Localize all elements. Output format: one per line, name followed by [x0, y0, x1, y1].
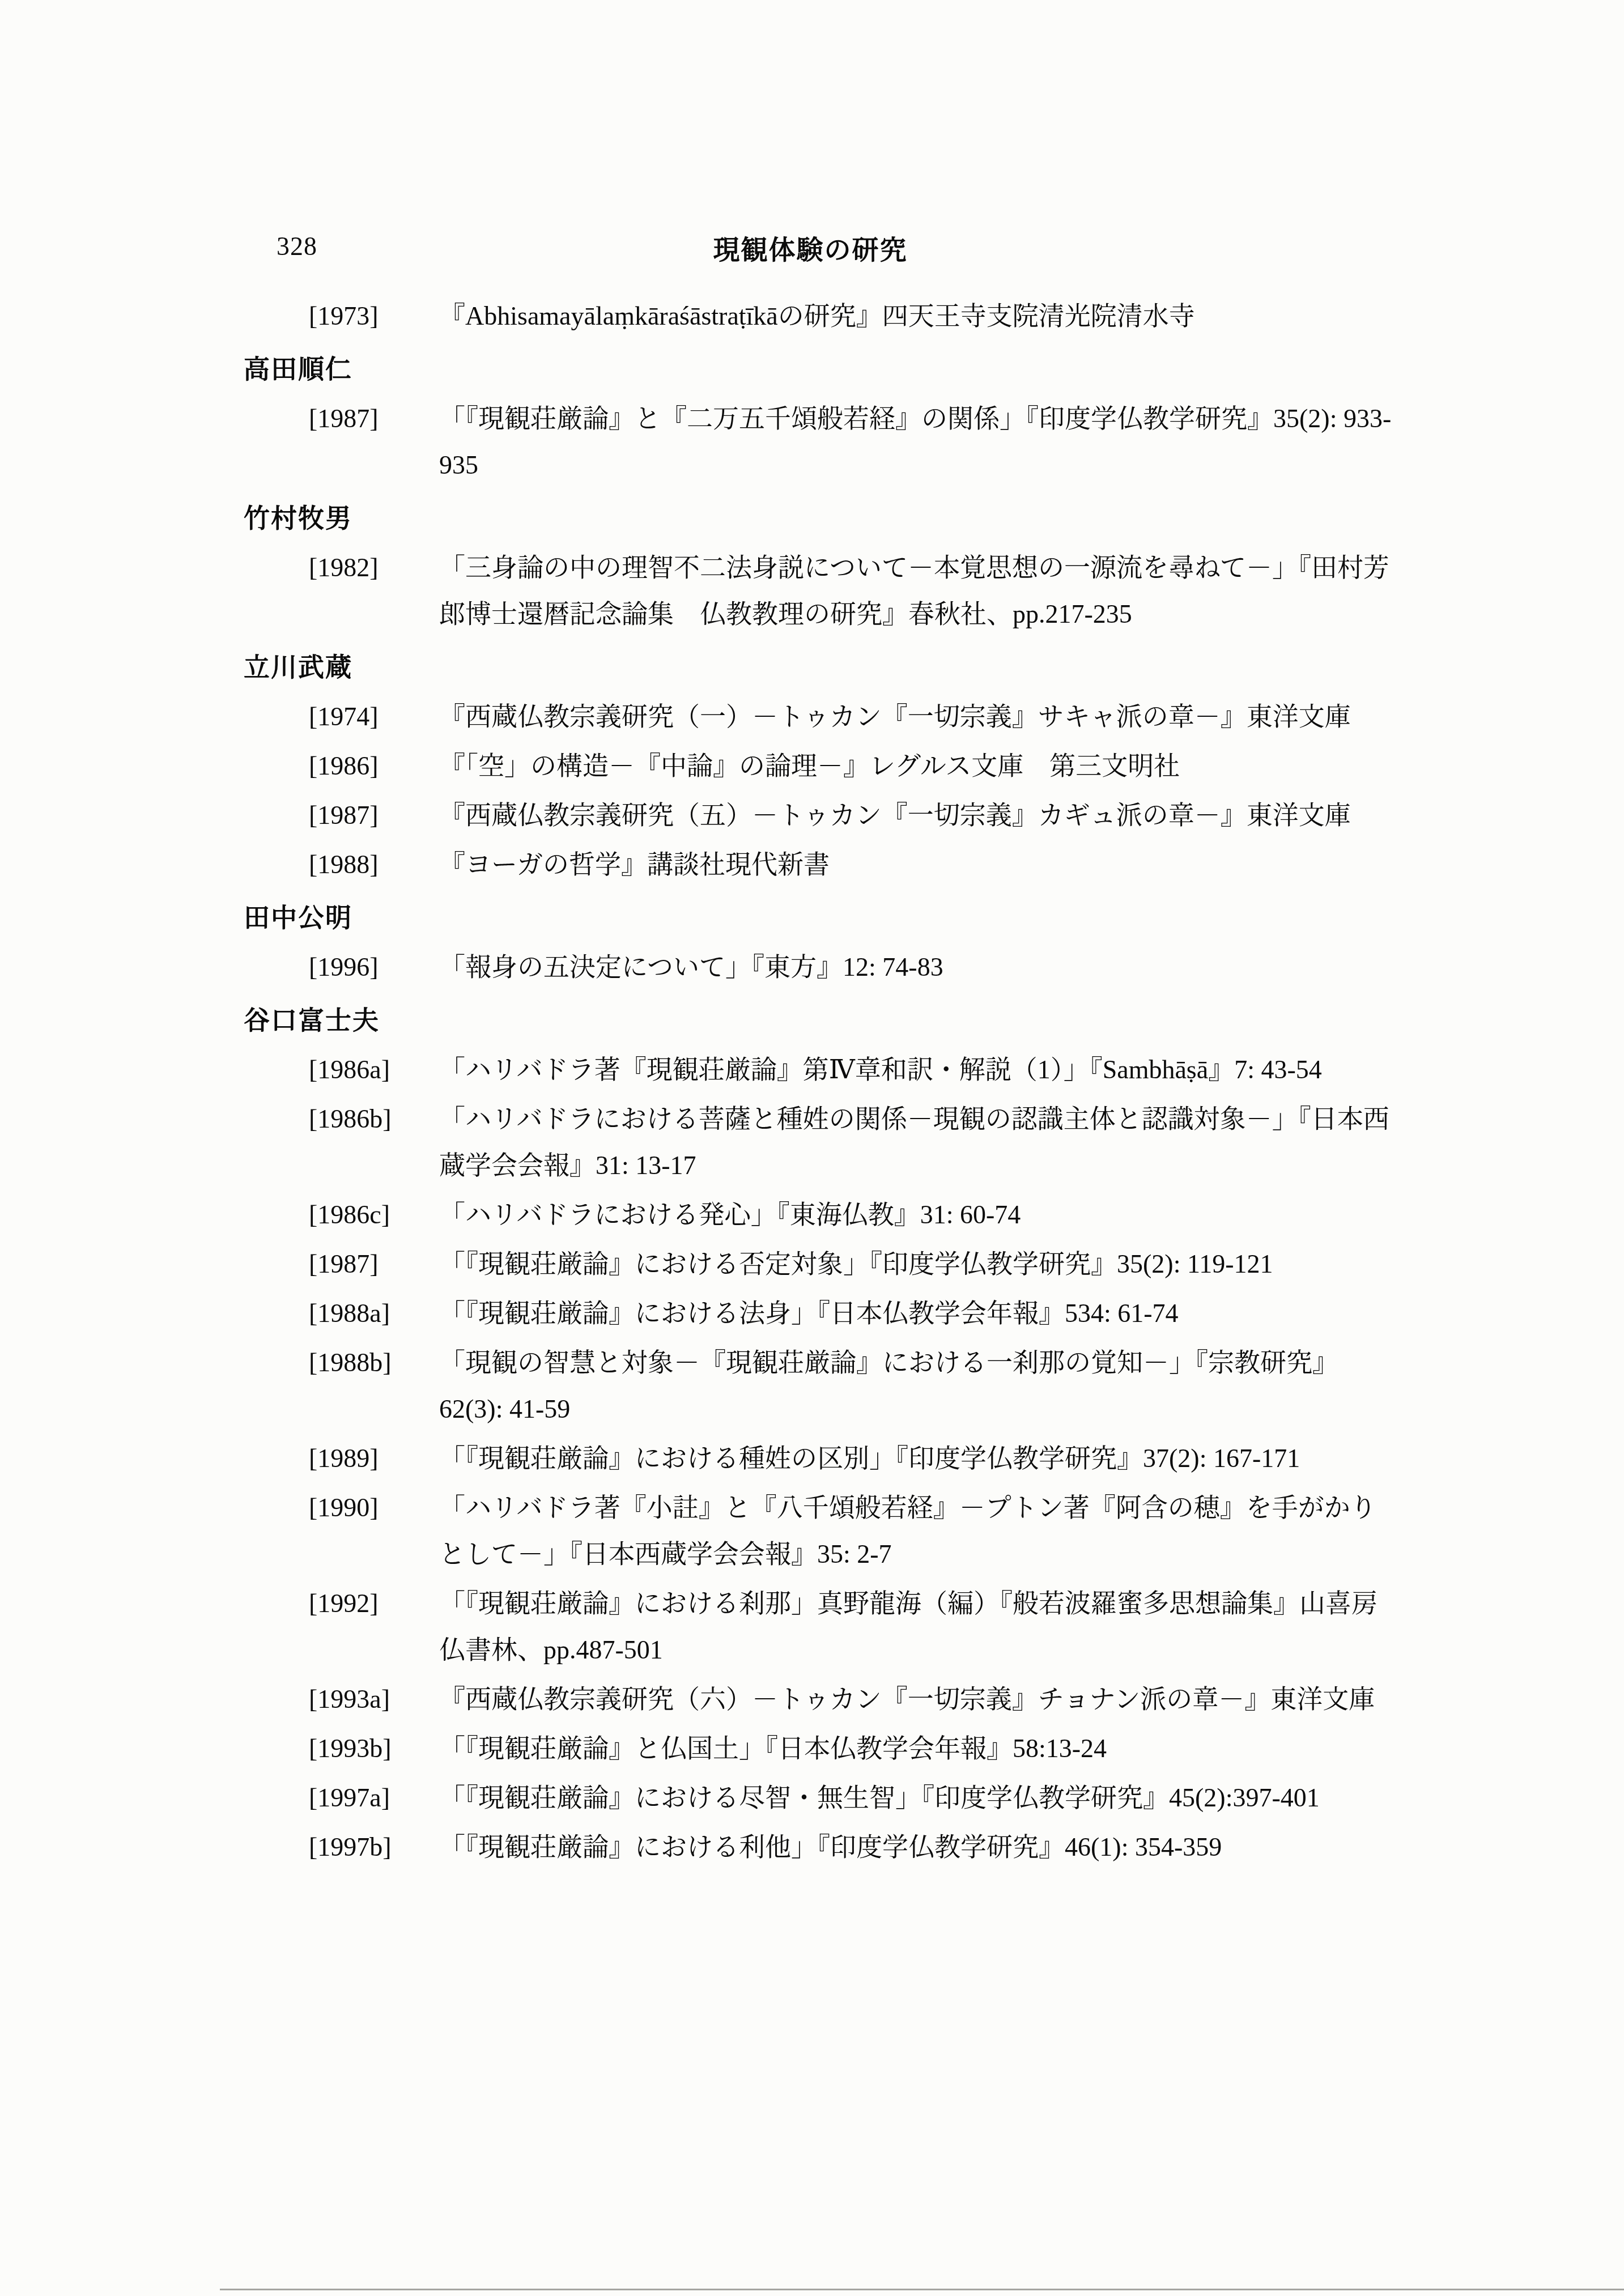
page-number: 328 — [277, 231, 317, 261]
bib-entry: [1987] 「『現観荘厳論』と『二万五千頌般若経』の関係」『印度学仏教学研究』… — [0, 396, 1624, 488]
scanned-document-page: { "page": { "number": "328", "header_tit… — [0, 0, 1624, 2296]
entry-year-label: [1989] — [309, 1435, 439, 1482]
bib-entry: [1986] 『「空」の構造－『中論』の論理－』レグルス文庫 第三文明社 — [0, 743, 1624, 789]
entry-year-label: [1993a] — [309, 1676, 439, 1723]
entry-year-label: [1982] — [309, 545, 439, 591]
bib-entry: [1974] 『西蔵仏教宗義研究（一）－トゥカン『一切宗義』サキャ派の章－』東洋… — [0, 694, 1624, 740]
entry-year-label: [1987] — [309, 792, 439, 839]
entry-text: 「ハリバドラにおける菩薩と種姓の関係－現観の認識主体と認識対象－」『日本西蔵学会… — [439, 1096, 1394, 1189]
author-heading: 谷口富士夫 — [0, 997, 1624, 1044]
running-header-title: 現観体験の研究 — [640, 229, 980, 267]
entry-text: 「『現観荘厳論』における刹那」真野龍海（編）『般若波羅蜜多思想論集』山喜房仏書林… — [439, 1580, 1394, 1673]
entry-text: 「『現観荘厳論』における法身」『日本仏教学会年報』534: 61-74 — [439, 1290, 1394, 1337]
bib-entry: [1993a] 『西蔵仏教宗義研究（六）－トゥカン『一切宗義』チョナン派の章－』… — [0, 1676, 1624, 1723]
entry-year-label: [1992] — [309, 1580, 439, 1627]
entry-year-label: [1986c] — [309, 1192, 439, 1238]
entry-text: 『西蔵仏教宗義研究（六）－トゥカン『一切宗義』チョナン派の章－』東洋文庫 — [439, 1676, 1394, 1723]
bib-entry: [1987] 『西蔵仏教宗義研究（五）－トゥカン『一切宗義』カギュ派の章－』東洋… — [0, 792, 1624, 839]
author-heading: 立川武蔵 — [0, 644, 1624, 691]
bib-entry: [1993b] 「『現観荘厳論』と仏国土」『日本仏教学会年報』58:13-24 — [0, 1725, 1624, 1772]
bibliography-list: [1973] 『Abhisamayālaṃkāraśāstraṭīkāの研究』四… — [0, 290, 1624, 1870]
entry-text: 『ヨーガの哲学』講談社現代新書 — [439, 841, 1394, 888]
author-heading: 高田順仁 — [0, 346, 1624, 393]
bib-entry: [1986b] 「ハリバドラにおける菩薩と種姓の関係－現観の認識主体と認識対象－… — [0, 1096, 1624, 1189]
author-heading: 竹村牧男 — [0, 495, 1624, 542]
entry-year-label: [1996] — [309, 944, 439, 990]
entry-year-label: [1973] — [309, 293, 439, 339]
scan-edge-line — [220, 2289, 1624, 2290]
entry-text: 「『現観荘厳論』における尽智・無生智」『印度学仏教学研究』45(2):397-4… — [439, 1775, 1394, 1821]
entry-year-label: [1986b] — [309, 1096, 439, 1142]
entry-text: 『西蔵仏教宗義研究（五）－トゥカン『一切宗義』カギュ派の章－』東洋文庫 — [439, 792, 1394, 839]
entry-text: 「ハリバドラ著『現観荘厳論』第Ⅳ章和訳・解説（1）」『Sambhāṣā』7: 4… — [439, 1047, 1394, 1093]
author-heading: 田中公明 — [0, 895, 1624, 941]
entry-text: 『西蔵仏教宗義研究（一）－トゥカン『一切宗義』サキャ派の章－』東洋文庫 — [439, 694, 1394, 740]
entry-year-label: [1997b] — [309, 1824, 439, 1870]
bib-entry: [1986c] 「ハリバドラにおける発心」『東海仏教』31: 60-74 — [0, 1192, 1624, 1238]
entry-year-label: [1988a] — [309, 1290, 439, 1337]
bib-entry: [1986a] 「ハリバドラ著『現観荘厳論』第Ⅳ章和訳・解説（1）」『Sambh… — [0, 1047, 1624, 1093]
bib-entry: [1990] 「ハリバドラ著『小註』と『八千頌般若経』－プトン著『阿含の穂』を手… — [0, 1485, 1624, 1578]
entry-text: 「『現観荘厳論』における否定対象」『印度学仏教学研究』35(2): 119-12… — [439, 1241, 1394, 1287]
entry-text: 「ハリバドラにおける発心」『東海仏教』31: 60-74 — [439, 1192, 1394, 1238]
bib-entry: [1987] 「『現観荘厳論』における否定対象」『印度学仏教学研究』35(2):… — [0, 1241, 1624, 1287]
bib-entry: [1988a] 「『現観荘厳論』における法身」『日本仏教学会年報』534: 61… — [0, 1290, 1624, 1337]
entry-year-label: [1986] — [309, 743, 439, 789]
entry-year-label: [1988b] — [309, 1340, 439, 1386]
bib-entry: [1992] 「『現観荘厳論』における刹那」真野龍海（編）『般若波羅蜜多思想論集… — [0, 1580, 1624, 1673]
bib-entry: [1989] 「『現観荘厳論』における種姓の区別」『印度学仏教学研究』37(2)… — [0, 1435, 1624, 1482]
entry-text: 『「空」の構造－『中論』の論理－』レグルス文庫 第三文明社 — [439, 743, 1394, 789]
bib-entry: [1988] 『ヨーガの哲学』講談社現代新書 — [0, 841, 1624, 888]
entry-text: 「『現観荘厳論』と『二万五千頌般若経』の関係」『印度学仏教学研究』35(2): … — [439, 396, 1394, 488]
entry-year-label: [1986a] — [309, 1047, 439, 1093]
bib-entry: [1996] 「報身の五決定について」『東方』12: 74-83 — [0, 944, 1624, 990]
entry-text: 「『現観荘厳論』と仏国土」『日本仏教学会年報』58:13-24 — [439, 1725, 1394, 1772]
entry-text: 「三身論の中の理智不二法身説について－本覚思想の一源流を尋ねて－」『田村芳郎博士… — [439, 545, 1394, 637]
bib-entry: [1997a] 「『現観荘厳論』における尽智・無生智」『印度学仏教学研究』45(… — [0, 1775, 1624, 1821]
entry-text: 「現観の智慧と対象－『現観荘厳論』における一刹那の覚知－」『宗教研究』62(3)… — [439, 1340, 1394, 1432]
entry-year-label: [1987] — [309, 396, 439, 442]
entry-text: 「報身の五決定について」『東方』12: 74-83 — [439, 944, 1394, 990]
page-header: 328 現観体験の研究 — [0, 231, 1624, 271]
entry-year-label: [1990] — [309, 1485, 439, 1531]
bib-entry: [1982] 「三身論の中の理智不二法身説について－本覚思想の一源流を尋ねて－」… — [0, 545, 1624, 637]
entry-year-label: [1997a] — [309, 1775, 439, 1821]
entry-year-label: [1987] — [309, 1241, 439, 1287]
entry-text: 『Abhisamayālaṃkāraśāstraṭīkāの研究』四天王寺支院清光… — [439, 293, 1394, 339]
entry-text: 「『現観荘厳論』における種姓の区別」『印度学仏教学研究』37(2): 167-1… — [439, 1435, 1394, 1482]
entry-text: 「『現観荘厳論』における利他」『印度学仏教学研究』46(1): 354-359 — [439, 1824, 1394, 1870]
entry-year-label: [1988] — [309, 841, 439, 888]
bib-entry: [1997b] 「『現観荘厳論』における利他」『印度学仏教学研究』46(1): … — [0, 1824, 1624, 1870]
bib-entry: [1988b] 「現観の智慧と対象－『現観荘厳論』における一刹那の覚知－」『宗教… — [0, 1340, 1624, 1432]
bib-entry: [1973] 『Abhisamayālaṃkāraśāstraṭīkāの研究』四… — [0, 293, 1624, 339]
entry-year-label: [1993b] — [309, 1725, 439, 1772]
entry-year-label: [1974] — [309, 694, 439, 740]
entry-text: 「ハリバドラ著『小註』と『八千頌般若経』－プトン著『阿含の穂』を手がかりとして－… — [439, 1485, 1394, 1578]
